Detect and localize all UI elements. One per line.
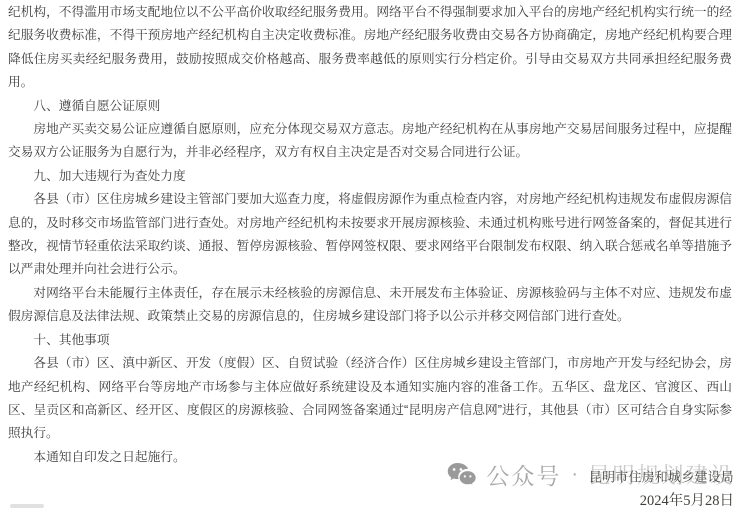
watermark-separator-dot: · (571, 463, 578, 486)
cropped-text-artifact (10, 504, 44, 508)
wechat-watermark-row: 公众号 · 昆明规划建设 昆明市住房和城乡建设局 (447, 458, 735, 491)
watermark-account-name: 昆明规划建设 昆明市住房和城乡建设局 (588, 459, 735, 490)
issue-date: 2024年5月28日 (640, 489, 734, 508)
wechat-account-label: 公众号 (486, 458, 561, 491)
wechat-icon (447, 462, 477, 488)
notice-paragraph: 各县（市）区、滇中新区、开发（度假）区、自贸试验（经济合作）区住房城乡建设主管部… (8, 352, 732, 446)
section-heading-8: 八、遵循自愿公证原则 (8, 95, 732, 118)
section-heading-9: 九、加大违规行为查处力度 (8, 165, 732, 188)
notice-paragraph: 房地产买卖交易公证应遵循自愿原则，应充分体现交易双方意志。房地产经纪机构在从事房… (8, 118, 732, 165)
notice-paragraph-continuation: 纪机构，不得滥用市场支配地位以不公平高价收取经纪服务费用。网络平台不得强制要求加… (8, 1, 732, 95)
notice-paragraph: 各县（市）区住房城乡建设主管部门要加大巡查力度，将虚假房源作为重点检查内容，对房… (8, 188, 732, 282)
notice-document-page: 纪机构，不得滥用市场支配地位以不公平高价收取经纪服务费用。网络平台不得强制要求加… (0, 0, 740, 508)
section-heading-10: 十、其他事项 (8, 329, 732, 352)
document-body: 纪机构，不得滥用市场支配地位以不公平高价收取经纪服务费用。网络平台不得强制要求加… (8, 1, 732, 469)
notice-paragraph: 对网络平台未能履行主体责任，存在展示未经核验的房源信息、未开展发布主体验证、房源… (8, 282, 732, 329)
issuer-signature: 昆明市住房和城乡建设局 (589, 466, 734, 485)
